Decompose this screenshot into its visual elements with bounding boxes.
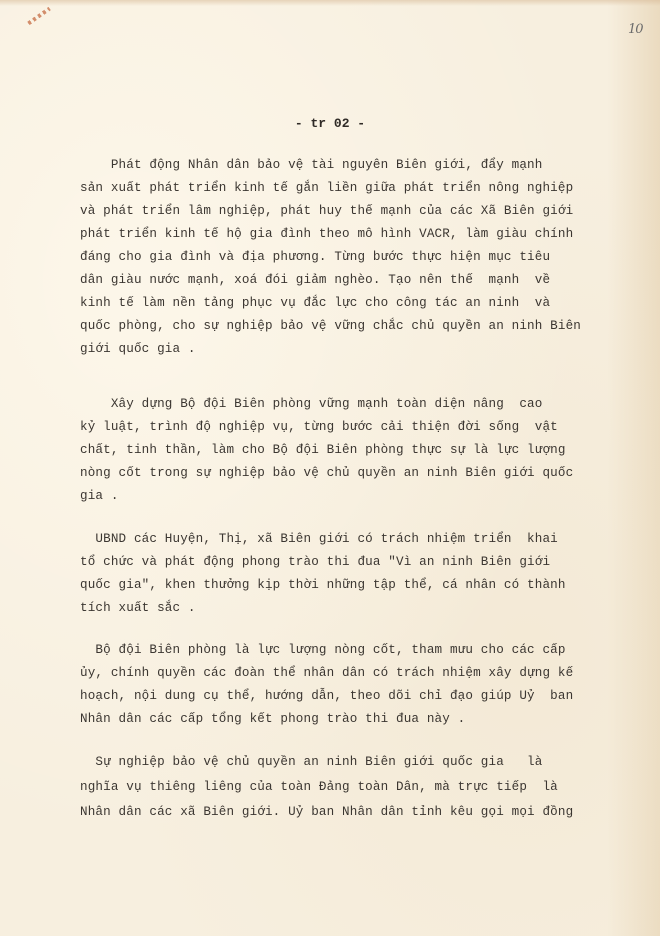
text-line: dân giàu nước mạnh, xoá đói giảm nghèo. … <box>80 273 550 287</box>
text-line: đáng cho gia đình và địa phương. Từng bư… <box>80 250 550 264</box>
text-line: giới quốc gia . <box>80 342 196 356</box>
text-line: kinh tế làm nền tảng phục vụ đắc lực cho… <box>80 296 550 310</box>
text-line: UBND các Huyện, Thị, xã Biên giới có trá… <box>80 532 558 546</box>
text-line: quốc gia", khen thưởng kịp thời những tậ… <box>80 578 566 592</box>
text-line: gia . <box>80 489 119 503</box>
text-line: sản xuất phát triển kinh tế gắn liền giữ… <box>80 181 573 195</box>
page-header: - tr 02 - <box>0 116 660 131</box>
text-line: Xây dựng Bộ đội Biên phòng vững mạnh toà… <box>80 397 542 411</box>
text-line: Nhân dân các cấp tổng kết phong trào thi… <box>80 712 465 726</box>
text-line: chất, tinh thần, làm cho Bộ đội Biên phò… <box>80 443 566 457</box>
text-line: tổ chức và phát động phong trào thi đua … <box>80 555 550 569</box>
text-line: nghĩa vụ thiêng liêng của toàn Đảng toàn… <box>80 780 558 794</box>
text-line: nòng cốt trong sự nghiệp bảo vệ chủ quyề… <box>80 466 573 480</box>
handwritten-page-number: 10 <box>628 22 643 37</box>
text-line: kỷ luật, trình độ nghiệp vụ, từng bước c… <box>80 420 558 434</box>
text-line: Phát động Nhân dân bảo vệ tài nguyên Biê… <box>80 158 542 172</box>
paper-top-edge <box>0 0 660 6</box>
text-line: hoạch, nội dung cụ thể, hướng dẫn, theo … <box>80 689 573 703</box>
ink-stain-mark <box>27 7 51 25</box>
text-line: Bộ đội Biên phòng là lực lượng nòng cốt,… <box>80 643 566 657</box>
text-line: Nhân dân các xã Biên giới. Uỷ ban Nhân d… <box>80 805 573 819</box>
text-line: và phát triển lâm nghiệp, phát huy thế m… <box>80 204 573 218</box>
text-line: Sự nghiệp bảo vệ chủ quyền an ninh Biên … <box>80 755 542 769</box>
text-line: quốc phòng, cho sự nghiệp bảo vệ vững ch… <box>80 319 581 333</box>
text-line: tích xuất sắc . <box>80 601 196 615</box>
text-line: phát triển kinh tế hộ gia đình theo mô h… <box>80 227 573 241</box>
text-line: ủy, chính quyền các đoàn thể nhân dân có… <box>80 666 573 680</box>
